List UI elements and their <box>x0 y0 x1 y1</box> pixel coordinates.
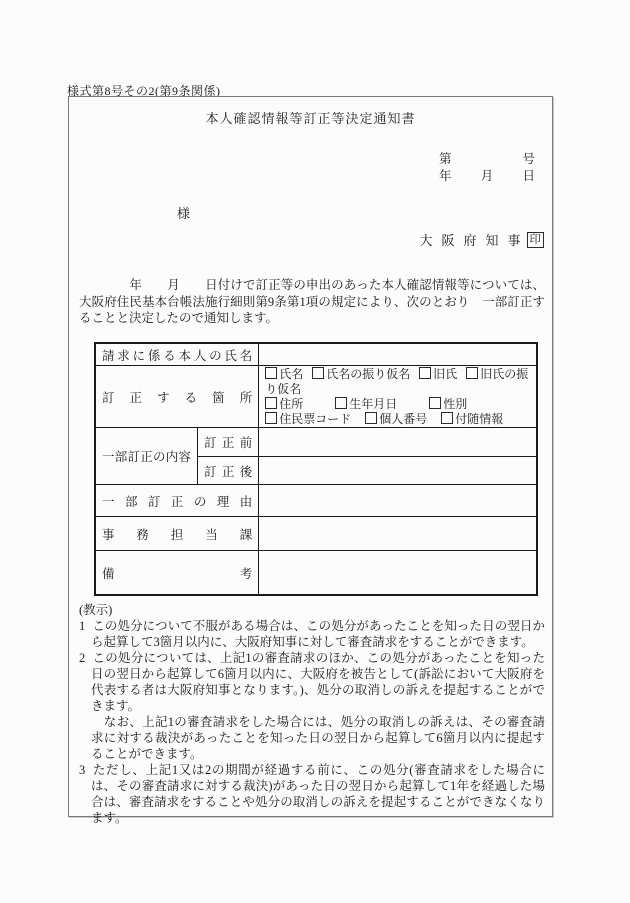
date-line: 年 月 日 <box>439 168 535 185</box>
checkbox-label: 氏名 <box>279 367 303 381</box>
name-value-cell[interactable] <box>259 343 537 366</box>
correction-reason-label: 一部訂正の理由 <box>95 485 259 517</box>
checkbox-label: 個人番号 <box>379 412 427 426</box>
table-row: 備考 <box>95 551 537 596</box>
notice-item-text: この処分について不服がある場合は、この処分があったことを知った日の翌日から起算し… <box>91 619 545 649</box>
checkbox-label: 性別 <box>443 397 467 411</box>
reference-number-line: 第 号 <box>439 151 535 168</box>
notice-item: 2この処分については、上記1の審査請求のほか、この処分があったことを知った日の翌… <box>79 650 545 762</box>
checkbox-label: 住所 <box>279 397 303 411</box>
notice-item: 3ただし、上記1又は2の期間が経過する前に、この処分(審査請求をした場合には、そ… <box>79 762 545 826</box>
checkbox-icon[interactable] <box>265 412 277 424</box>
department-label: 事務担当課 <box>95 517 259 551</box>
date-day-label: 日 <box>522 168 535 185</box>
seal-box: 印 <box>527 232 545 248</box>
issuer-signature: 大阪府知事 印 <box>419 230 544 249</box>
checkbox-icon[interactable] <box>429 397 441 409</box>
notice-heading: (教示) <box>79 602 545 618</box>
checkbox-line: 住所生年月日性別 <box>265 397 530 412</box>
date-month-label: 月 <box>481 168 494 185</box>
reference-block: 第 号 年 月 日 <box>439 151 535 185</box>
checkbox-label: 住民票コード <box>279 412 351 426</box>
checkbox-label: 氏名の振り仮名 <box>326 367 410 381</box>
name-label: 請求に係る本人の氏名 <box>95 343 259 366</box>
notice-item-number: 2 <box>79 651 85 665</box>
checkbox-icon[interactable] <box>265 367 277 379</box>
table-row: 事務担当課 <box>95 517 537 551</box>
addressee-suffix: 様 <box>177 203 190 222</box>
department-cell[interactable] <box>259 517 537 551</box>
table-row: 請求に係る本人の氏名 <box>95 343 537 366</box>
remarks-cell[interactable] <box>259 551 537 596</box>
notice-section: (教示) 1この処分について不服がある場合は、この処分があったことを知った日の翌… <box>79 602 545 826</box>
table-row: 一部訂正の内容 訂正前 <box>95 428 537 457</box>
checkbox-icon[interactable] <box>312 367 324 379</box>
remarks-label: 備考 <box>95 551 259 596</box>
checkbox-label: 生年月日 <box>349 397 397 411</box>
table-row: 一部訂正の理由 <box>95 485 537 517</box>
ref-no-suffix: 号 <box>522 151 535 168</box>
ref-no-prefix: 第 <box>439 151 452 168</box>
correction-table: 請求に係る本人の氏名 訂正する箇所 氏名氏名の振り仮名旧氏旧氏の振り仮名 住所生… <box>94 342 538 596</box>
correction-points-label: 訂正する箇所 <box>95 366 259 428</box>
checkbox-line: 住民票コード個人番号付随情報 <box>265 412 530 427</box>
notice-item-number: 1 <box>79 619 85 633</box>
checkbox-label: 付随情報 <box>455 412 503 426</box>
after-correction-cell[interactable] <box>259 457 537 485</box>
before-correction-label: 訂正前 <box>197 428 258 457</box>
checkbox-icon[interactable] <box>265 397 277 409</box>
notice-item-text: この処分については、上記1の審査請求のほか、この処分があったことを知った日の翌日… <box>91 651 545 761</box>
date-year-label: 年 <box>439 168 452 185</box>
correction-reason-cell[interactable] <box>259 485 537 517</box>
checkbox-icon[interactable] <box>365 412 377 424</box>
notice-item-number: 3 <box>79 763 85 777</box>
after-correction-label: 訂正後 <box>197 457 258 485</box>
body-paragraph: 年 月 日付けで訂正等の申出のあった本人確認情報等については、大阪府住民基本台帳… <box>79 277 545 327</box>
before-correction-cell[interactable] <box>259 428 537 457</box>
table-row: 訂正する箇所 氏名氏名の振り仮名旧氏旧氏の振り仮名 住所生年月日性別 住民票コー… <box>95 366 537 428</box>
correction-points-cell: 氏名氏名の振り仮名旧氏旧氏の振り仮名 住所生年月日性別 住民票コード個人番号付随… <box>259 366 537 428</box>
partial-correction-content-label: 一部訂正の内容 <box>95 428 197 485</box>
checkbox-icon[interactable] <box>466 367 478 379</box>
checkbox-icon[interactable] <box>419 367 431 379</box>
checkbox-icon[interactable] <box>441 412 453 424</box>
notice-item: 1この処分について不服がある場合は、この処分があったことを知った日の翌日から起算… <box>79 618 545 650</box>
checkbox-icon[interactable] <box>335 397 347 409</box>
form-border: 本人確認情報等訂正等決定通知書 第 号 年 月 日 様 大阪府知事 印 年 月 … <box>68 96 553 817</box>
checkbox-line: 氏名氏名の振り仮名旧氏旧氏の振り仮名 <box>265 367 530 397</box>
issuer-name: 大阪府知事 <box>419 230 529 249</box>
checkbox-label: 旧氏 <box>433 367 457 381</box>
notice-item-text: ただし、上記1又は2の期間が経過する前に、この処分(審査請求をした場合には、その… <box>91 763 545 825</box>
document-title: 本人確認情報等訂正等決定通知書 <box>69 108 552 127</box>
